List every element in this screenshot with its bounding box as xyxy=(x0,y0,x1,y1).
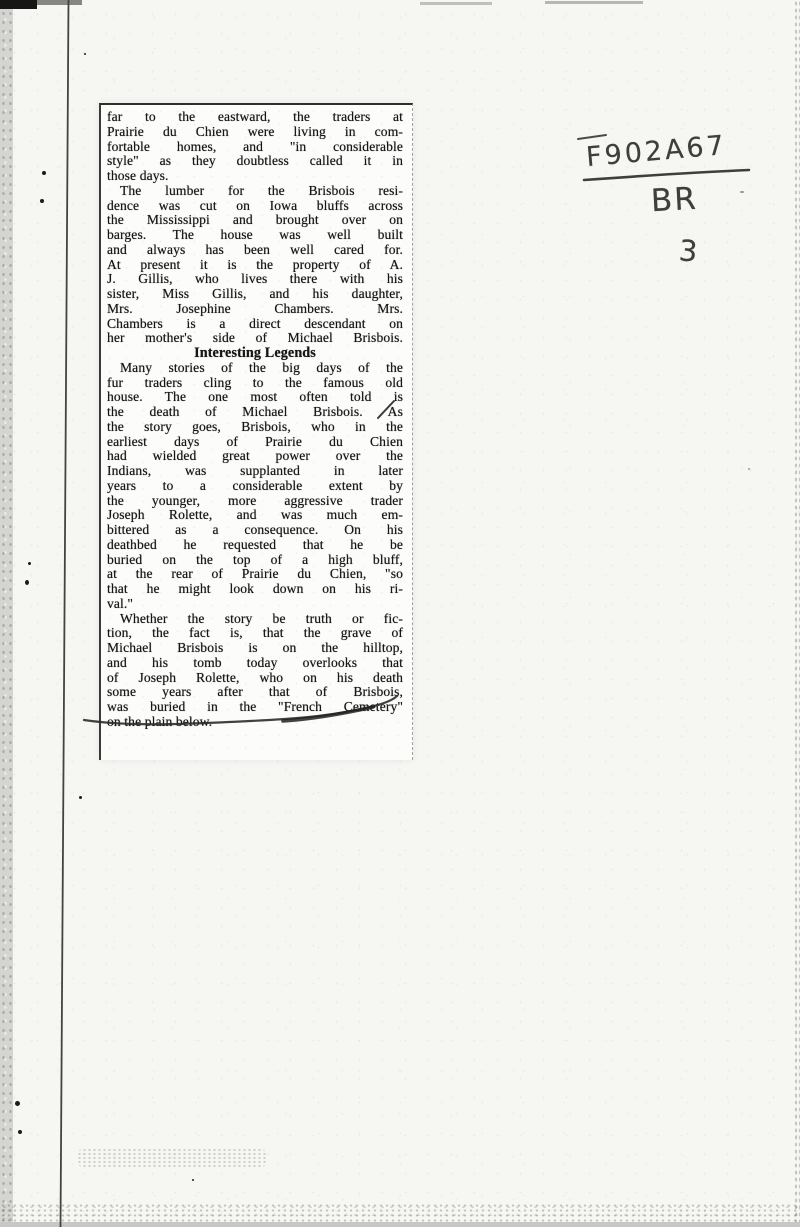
handwritten-call-number: F902A67 xyxy=(585,130,728,173)
text-line: on the plain below. xyxy=(107,715,403,730)
text-line: Indians, was supplanted in later xyxy=(107,464,403,479)
text-line: sister, Miss Gillis, and his daughter, xyxy=(107,287,403,302)
scan-corner-smudge xyxy=(37,0,82,5)
text-line: the death of Michael Brisbois. As xyxy=(107,405,403,420)
page-edge-line xyxy=(61,0,69,1227)
text-line: of Joseph Rolette, who on his death xyxy=(107,671,403,686)
text-line: Chambers is a direct descendant on xyxy=(107,317,403,332)
newspaper-clipping: far to the eastward, the traders atPrair… xyxy=(99,103,413,760)
text-line: Joseph Rolette, and was much em- xyxy=(107,508,403,523)
scan-right-edge-band xyxy=(794,0,800,1227)
text-line: her mother's side of Michael Brisbois. xyxy=(107,331,403,346)
text-line: fortable homes, and "in considerable xyxy=(107,140,403,155)
ink-speck xyxy=(748,468,750,470)
scanned-page: { "page": { "kind_label": "scanned newsp… xyxy=(0,0,800,1227)
text-line: barges. The house was well built xyxy=(107,228,403,243)
text-line: had wielded great power over the xyxy=(107,449,403,464)
callnumber-dash-stroke xyxy=(578,135,606,139)
text-line: fur traders cling to the famous old xyxy=(107,376,403,391)
ink-speck xyxy=(79,796,82,799)
scan-top-smudge xyxy=(545,1,643,4)
text-line: far to the eastward, the traders at xyxy=(107,110,403,125)
ink-speck xyxy=(740,191,744,193)
text-line: Mrs. Josephine Chambers. Mrs. xyxy=(107,302,403,317)
text-line: Whether the story be truth or fic- xyxy=(107,612,403,627)
text-line: that he might look down on his ri- xyxy=(107,582,403,597)
text-line: val." xyxy=(107,597,403,612)
handwritten-initials: BR xyxy=(650,181,699,219)
text-line: bittered as a consequence. On his xyxy=(107,523,403,538)
callnumber-underline-stroke xyxy=(584,170,749,180)
ink-speck xyxy=(192,1179,194,1181)
text-line: style" as they doubtless called it in xyxy=(107,154,403,169)
text-line: At present it is the property of A. xyxy=(107,258,403,273)
ink-speck xyxy=(18,1130,22,1134)
scan-top-smudge xyxy=(420,2,492,5)
text-line: earliest days of Prairie du Chien xyxy=(107,435,403,450)
handwritten-sheet-number: 3 xyxy=(678,233,699,268)
clipping-text-column: far to the eastward, the traders atPrair… xyxy=(107,110,403,730)
text-line: deathbed he requested that he be xyxy=(107,538,403,553)
text-line: dence was cut on Iowa bluffs across xyxy=(107,199,403,214)
text-line: years to a considerable extent by xyxy=(107,479,403,494)
section-heading: Interesting Legends xyxy=(107,346,403,361)
text-line: Many stories of the big days of the xyxy=(107,361,403,376)
scan-smudge-cloud xyxy=(77,1148,267,1168)
ink-speck xyxy=(84,53,86,55)
text-line: Prairie du Chien were living in com- xyxy=(107,125,403,140)
text-line: the Mississippi and brought over on xyxy=(107,213,403,228)
ink-speck xyxy=(40,199,44,203)
scan-corner-mark xyxy=(0,0,37,9)
text-line: The lumber for the Brisbois resi- xyxy=(107,184,403,199)
text-line: the story goes, Brisbois, who in the xyxy=(107,420,403,435)
ink-speck xyxy=(28,562,31,565)
text-line: those days. xyxy=(107,169,403,184)
scan-bottom-edge-band xyxy=(0,1203,800,1223)
scan-left-edge-band xyxy=(0,0,13,1227)
scan-bottom-edge-strip xyxy=(0,1222,800,1227)
text-line: house. The one most often told is xyxy=(107,390,403,405)
text-line: some years after that of Brisbois, xyxy=(107,685,403,700)
text-line: and always has been well cared for. xyxy=(107,243,403,258)
text-line: J. Gillis, who lives there with his xyxy=(107,272,403,287)
text-line: Michael Brisbois is on the hilltop, xyxy=(107,641,403,656)
ink-speck xyxy=(25,580,29,585)
ink-speck xyxy=(42,171,46,175)
text-line: buried on the top of a high bluff, xyxy=(107,553,403,568)
text-line: tion, the fact is, that the grave of xyxy=(107,626,403,641)
ink-speck xyxy=(15,1101,20,1106)
text-line: and his tomb today overlooks that xyxy=(107,656,403,671)
text-line: at the rear of Prairie du Chien, "so xyxy=(107,567,403,582)
text-line: was buried in the "French Cemetery" xyxy=(107,700,403,715)
text-line: the younger, more aggressive trader xyxy=(107,494,403,509)
